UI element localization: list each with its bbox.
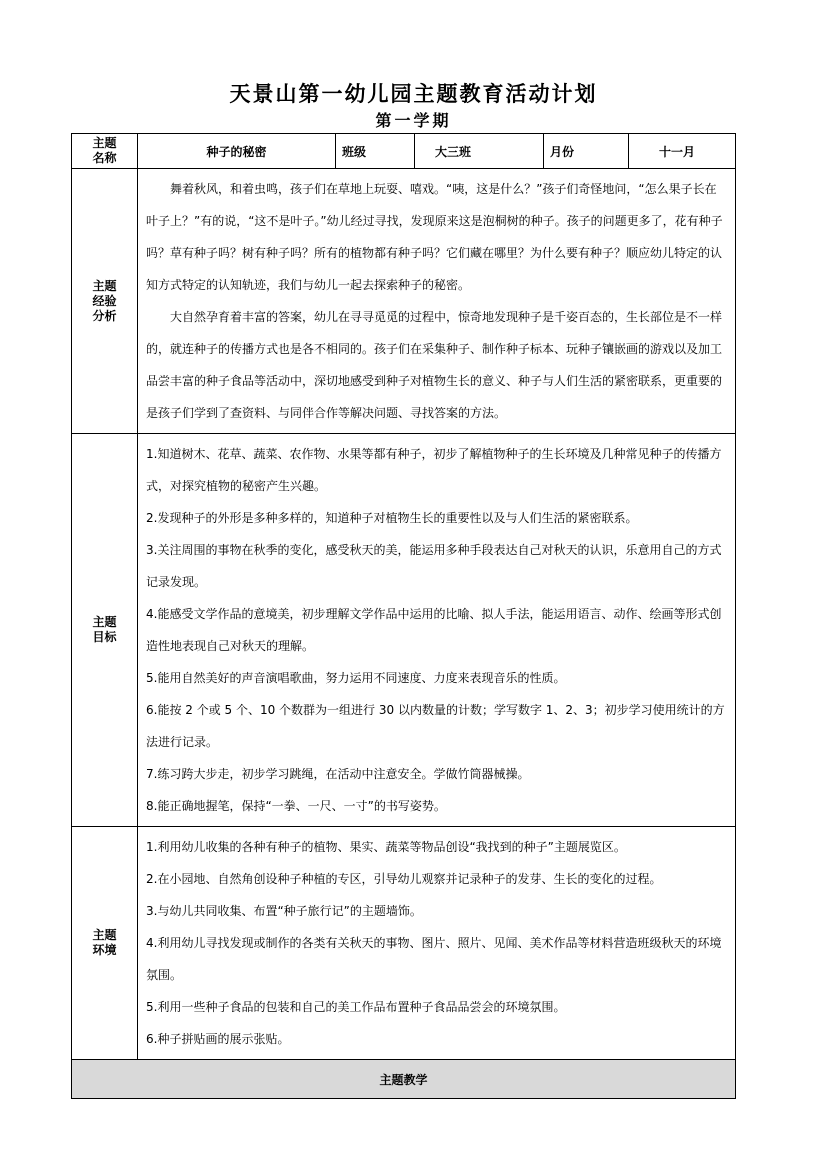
analysis-label-line: 经验 [72,294,137,309]
analysis-paragraph: 舞着秋风，和着虫鸣，孩子们在草地上玩耍、嘻戏。“咦，这是什么？”孩子们奇怪地问，… [146,173,727,301]
activity-plan-table: 主题 名称 种子的秘密 班级 大三班 月份 十一月 主题 经验 分析 舞着秋风，… [71,133,736,1099]
theme-name-label-line2: 名称 [72,151,137,166]
goal-item: 5.能用自然美好的声音演唱歌曲，努力运用不同速度、力度来表现音乐的性质。 [146,662,727,694]
class-label: 班级 [336,134,415,169]
analysis-paragraph: 大自然孕育着丰富的答案，幼儿在寻寻觅觅的过程中，惊奇地发现种子是千姿百态的，生长… [146,301,727,429]
environment-label-line: 环境 [72,943,137,958]
goal-item: 8.能正确地握笔，保持“一拳、一尺、一寸”的书写姿势。 [146,790,727,822]
header-row: 主题 名称 种子的秘密 班级 大三班 月份 十一月 [72,134,736,169]
goal-item: 4.能感受文学作品的意境美，初步理解文学作品中运用的比喻、拟人手法，能运用语言、… [146,598,727,662]
teaching-header-row: 主题教学 [72,1060,736,1099]
analysis-label-cell: 主题 经验 分析 [72,169,138,434]
environment-label-line: 主题 [72,928,137,943]
environment-row: 主题 环境 1.利用幼儿收集的各种有种子的植物、果实、蔬菜等物品创设“我找到的种… [72,827,736,1060]
goals-label-line: 目标 [72,630,137,645]
goal-item: 3.关注周围的事物在秋季的变化，感受秋天的美，能运用多种手段表达自己对秋天的认识… [146,534,727,598]
analysis-label-line: 分析 [72,309,137,324]
analysis-label-line: 主题 [72,279,137,294]
goal-item: 6.能按 2 个或 5 个、10 个数群为一组进行 30 以内数量的计数；学写数… [146,694,727,758]
environment-item: 3.与幼儿共同收集、布置“种子旅行记”的主题墙饰。 [146,895,727,927]
goals-content: 1.知道树木、花草、蔬菜、农作物、水果等都有种子，初步了解植物种子的生长环境及几… [138,434,736,827]
month-value: 十一月 [629,134,736,169]
month-label: 月份 [544,134,629,169]
environment-item: 1.利用幼儿收集的各种有种子的植物、果实、蔬菜等物品创设“我找到的种子”主题展览… [146,831,727,863]
theme-name-label-line1: 主题 [72,136,137,151]
analysis-row: 主题 经验 分析 舞着秋风，和着虫鸣，孩子们在草地上玩耍、嘻戏。“咦，这是什么？… [72,169,736,434]
theme-name-label-cell: 主题 名称 [72,134,138,169]
document-title: 天景山第一幼儿园主题教育活动计划 [0,78,827,108]
environment-content: 1.利用幼儿收集的各种有种子的植物、果实、蔬菜等物品创设“我找到的种子”主题展览… [138,827,736,1060]
environment-item: 6.种子拼贴画的展示张贴。 [146,1023,727,1055]
goal-item: 1.知道树木、花草、蔬菜、农作物、水果等都有种子，初步了解植物种子的生长环境及几… [146,438,727,502]
analysis-content: 舞着秋风，和着虫鸣，孩子们在草地上玩耍、嘻戏。“咦，这是什么？”孩子们奇怪地问，… [138,169,736,434]
environment-label-cell: 主题 环境 [72,827,138,1060]
document-subtitle: 第一学期 [0,108,827,131]
goals-label-cell: 主题 目标 [72,434,138,827]
goals-row: 主题 目标 1.知道树木、花草、蔬菜、农作物、水果等都有种子，初步了解植物种子的… [72,434,736,827]
goal-item: 2.发现种子的外形是多种多样的，知道种子对植物生长的重要性以及与人们生活的紧密联… [146,502,727,534]
environment-item: 5.利用一些种子食品的包装和自己的美工作品布置种子食品品尝会的环境氛围。 [146,991,727,1023]
teaching-section-header: 主题教学 [72,1060,736,1099]
goal-item: 7.练习跨大步走，初步学习跳绳，在活动中注意安全。学做竹筒器械操。 [146,758,727,790]
environment-item: 2.在小园地、自然角创设种子种植的专区，引导幼儿观察并记录种子的发芽、生长的变化… [146,863,727,895]
class-value: 大三班 [415,134,544,169]
goals-label-line: 主题 [72,615,137,630]
theme-name-value: 种子的秘密 [138,134,336,169]
environment-item: 4.利用幼儿寻找发现或制作的各类有关秋天的事物、图片、照片、见闻、美术作品等材料… [146,927,727,991]
